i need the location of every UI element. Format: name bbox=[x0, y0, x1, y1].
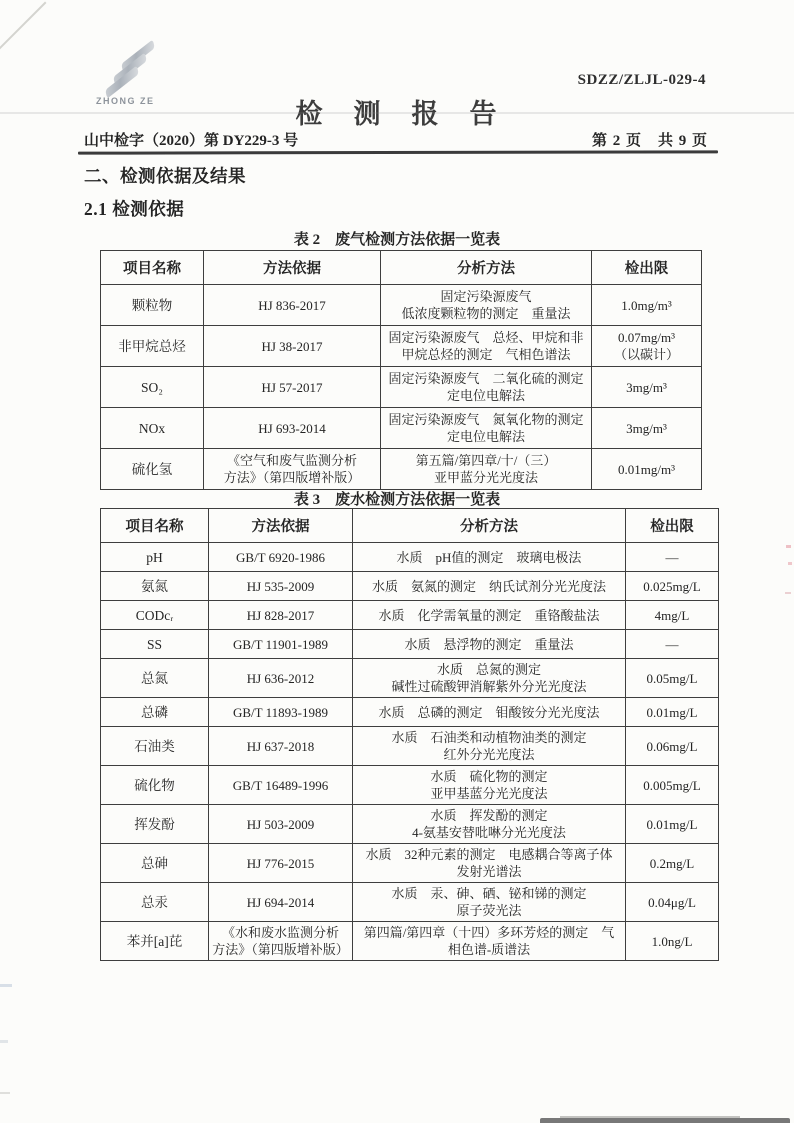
col-header-method: 方法依据 bbox=[204, 251, 381, 285]
scan-artifact-bottom bbox=[540, 1118, 790, 1123]
table-cell-analysis: 水质 氨氮的测定 纳氏试剂分光光度法 bbox=[353, 572, 626, 601]
table-cell-item: 硫化氢 bbox=[101, 449, 204, 490]
scan-artifact-edge bbox=[0, 1040, 8, 1043]
report-number: 山中检字（2020）第 DY229-3 号 bbox=[84, 129, 298, 150]
table-cell-analysis: 固定污染源废气 氮氧化物的测定 定电位电解法 bbox=[381, 408, 592, 449]
table-cell-item: 颗粒物 bbox=[101, 285, 204, 326]
table-cell-method: HJ 776-2015 bbox=[209, 844, 353, 883]
table-cell-limit: 0.01mg/L bbox=[626, 805, 719, 844]
table-cell-item: 氨氮 bbox=[101, 572, 209, 601]
table-row: 总氮HJ 636-2012水质 总氮的测定 碱性过硫酸钾消解紫外分光光度法0.0… bbox=[101, 659, 719, 698]
table-cell-item: NOx bbox=[101, 408, 204, 449]
table-row: 氨氮HJ 535-2009水质 氨氮的测定 纳氏试剂分光光度法0.025mg/L bbox=[101, 572, 719, 601]
scan-streak bbox=[0, 112, 794, 114]
table-cell-method: HJ 636-2012 bbox=[209, 659, 353, 698]
col-header-item: 项目名称 bbox=[101, 251, 204, 285]
table-cell-limit: 0.2mg/L bbox=[626, 844, 719, 883]
scan-artifact-corner bbox=[0, 2, 46, 53]
table-row: NOxHJ 693-2014固定污染源废气 氮氧化物的测定 定电位电解法3mg/… bbox=[101, 408, 702, 449]
table-cell-limit: — bbox=[626, 543, 719, 572]
page-number: 第 2 页 共 9 页 bbox=[592, 129, 708, 150]
table-row: SSGB/T 11901-1989水质 悬浮物的测定 重量法— bbox=[101, 630, 719, 659]
table-cell-limit: 1.0ng/L bbox=[626, 922, 719, 961]
table-cell-analysis: 水质 化学需氧量的测定 重铬酸盐法 bbox=[353, 601, 626, 630]
table-cell-analysis: 水质 32种元素的测定 电感耦合等离子体 发射光谱法 bbox=[353, 844, 626, 883]
document-code: SDZZ/ZLJL-029-4 bbox=[578, 72, 706, 89]
table-cell-item: 非甲烷总烃 bbox=[101, 326, 204, 367]
table-cell-limit: 0.025mg/L bbox=[626, 572, 719, 601]
col-header-method: 方法依据 bbox=[209, 509, 353, 543]
table-cell-analysis: 水质 悬浮物的测定 重量法 bbox=[353, 630, 626, 659]
table-cell-item: 总砷 bbox=[101, 844, 209, 883]
table-cell-method: HJ 503-2009 bbox=[209, 805, 353, 844]
table-row: 总汞HJ 694-2014水质 汞、砷、硒、铋和锑的测定 原子荧光法0.04μg… bbox=[101, 883, 719, 922]
table-row: 非甲烷总烃HJ 38-2017固定污染源废气 总烃、甲烷和非 甲烷总烃的测定 气… bbox=[101, 326, 702, 367]
table-cell-limit: 0.04μg/L bbox=[626, 883, 719, 922]
table-row: CODcᵣHJ 828-2017水质 化学需氧量的测定 重铬酸盐法4mg/L bbox=[101, 601, 719, 630]
table-cell-method: GB/T 11901-1989 bbox=[209, 630, 353, 659]
table-cell-analysis: 固定污染源废气 二氧化硫的测定 定电位电解法 bbox=[381, 367, 592, 408]
table-row: SO₂HJ 57-2017固定污染源废气 二氧化硫的测定 定电位电解法3mg/m… bbox=[101, 367, 702, 408]
scan-artifact-bottom bbox=[560, 1116, 740, 1118]
table-cell-limit: 3mg/m³ bbox=[592, 408, 702, 449]
table-row: 硫化物GB/T 16489-1996水质 硫化物的测定 亚甲基蓝分光光度法0.0… bbox=[101, 766, 719, 805]
table-row: 总磷GB/T 11893-1989水质 总磷的测定 钼酸铵分光光度法0.01mg… bbox=[101, 698, 719, 727]
subsection-heading: 2.1 检测依据 bbox=[84, 196, 184, 221]
table-cell-analysis: 固定污染源废气 低浓度颗粒物的测定 重量法 bbox=[381, 285, 592, 326]
table-row: 苯并[a]芘《水和废水监测分析 方法》（第四版增补版）第四篇/第四章（十四）多环… bbox=[101, 922, 719, 961]
table-cell-item: 挥发酚 bbox=[101, 805, 209, 844]
table-cell-method: GB/T 11893-1989 bbox=[209, 698, 353, 727]
col-header-item: 项目名称 bbox=[101, 509, 209, 543]
table-cell-analysis: 水质 石油类和动植物油类的测定 红外分光光度法 bbox=[353, 727, 626, 766]
table-cell-method: HJ 637-2018 bbox=[209, 727, 353, 766]
table-cell-item: CODcᵣ bbox=[101, 601, 209, 630]
waste-gas-methods-table: 项目名称 方法依据 分析方法 检出限 颗粒物HJ 836-2017固定污染源废气… bbox=[100, 250, 702, 490]
table-cell-method: HJ 836-2017 bbox=[204, 285, 381, 326]
zhongze-logo-icon bbox=[96, 44, 166, 94]
table-cell-method: 《空气和废气监测分析 方法》（第四版增补版） bbox=[204, 449, 381, 490]
table-cell-method: 《水和废水监测分析 方法》（第四版增补版） bbox=[209, 922, 353, 961]
table-cell-method: HJ 694-2014 bbox=[209, 883, 353, 922]
table2-caption: 表 2 废气检测方法依据一览表 bbox=[0, 228, 794, 249]
table-cell-limit: 1.0mg/m³ bbox=[592, 285, 702, 326]
table-row: 颗粒物HJ 836-2017固定污染源废气 低浓度颗粒物的测定 重量法1.0mg… bbox=[101, 285, 702, 326]
wastewater-methods-table: 项目名称 方法依据 分析方法 检出限 pHGB/T 6920-1986水质 pH… bbox=[100, 508, 719, 961]
table-cell-limit: 0.07mg/m³ （以碳计） bbox=[592, 326, 702, 367]
table-cell-limit: 0.005mg/L bbox=[626, 766, 719, 805]
report-meta-row: 山中检字（2020）第 DY229-3 号 第 2 页 共 9 页 bbox=[84, 129, 710, 151]
table-cell-item: pH bbox=[101, 543, 209, 572]
table-cell-analysis: 固定污染源废气 总烃、甲烷和非 甲烷总烃的测定 气相色谱法 bbox=[381, 326, 592, 367]
table-cell-item: SO₂ bbox=[101, 367, 204, 408]
scan-artifact-mark bbox=[785, 592, 791, 594]
table-cell-analysis: 水质 总磷的测定 钼酸铵分光光度法 bbox=[353, 698, 626, 727]
scan-artifact-edge bbox=[0, 1092, 10, 1094]
table-cell-item: 石油类 bbox=[101, 727, 209, 766]
table-cell-limit: 0.06mg/L bbox=[626, 727, 719, 766]
table-cell-item: 苯并[a]芘 bbox=[101, 922, 209, 961]
table-cell-analysis: 水质 硫化物的测定 亚甲基蓝分光光度法 bbox=[353, 766, 626, 805]
table-cell-item: 总磷 bbox=[101, 698, 209, 727]
scan-artifact-edge bbox=[0, 984, 12, 987]
table-cell-method: HJ 38-2017 bbox=[204, 326, 381, 367]
table-row: 挥发酚HJ 503-2009水质 挥发酚的测定 4-氨基安替吡啉分光光度法0.0… bbox=[101, 805, 719, 844]
table-row: 总砷HJ 776-2015水质 32种元素的测定 电感耦合等离子体 发射光谱法0… bbox=[101, 844, 719, 883]
table-cell-method: HJ 57-2017 bbox=[204, 367, 381, 408]
table-cell-item: 总汞 bbox=[101, 883, 209, 922]
table-cell-method: HJ 828-2017 bbox=[209, 601, 353, 630]
table-cell-analysis: 第四篇/第四章（十四）多环芳烃的测定 气 相色谱-质谱法 bbox=[353, 922, 626, 961]
scan-artifact-mark bbox=[788, 562, 792, 565]
table3-caption: 表 3 废水检测方法依据一览表 bbox=[0, 488, 794, 509]
col-header-analysis: 分析方法 bbox=[353, 509, 626, 543]
table-cell-analysis: 水质 pH值的测定 玻璃电极法 bbox=[353, 543, 626, 572]
table-row: pHGB/T 6920-1986水质 pH值的测定 玻璃电极法— bbox=[101, 543, 719, 572]
table-cell-analysis: 第五篇/第四章/十/（三） 亚甲蓝分光光度法 bbox=[381, 449, 592, 490]
table-cell-limit: 0.05mg/L bbox=[626, 659, 719, 698]
col-header-limit: 检出限 bbox=[592, 251, 702, 285]
section-heading: 二、检测依据及结果 bbox=[84, 163, 246, 188]
col-header-analysis: 分析方法 bbox=[381, 251, 592, 285]
table-cell-item: SS bbox=[101, 630, 209, 659]
table-cell-method: HJ 693-2014 bbox=[204, 408, 381, 449]
table-cell-method: GB/T 6920-1986 bbox=[209, 543, 353, 572]
table-header-row: 项目名称 方法依据 分析方法 检出限 bbox=[101, 509, 719, 543]
col-header-limit: 检出限 bbox=[626, 509, 719, 543]
table-cell-limit: 3mg/m³ bbox=[592, 367, 702, 408]
table-row: 石油类HJ 637-2018水质 石油类和动植物油类的测定 红外分光光度法0.0… bbox=[101, 727, 719, 766]
report-page: ZHONG ZE SDZZ/ZLJL-029-4 检 测 报 告 山中检字（20… bbox=[0, 0, 794, 1123]
table-header-row: 项目名称 方法依据 分析方法 检出限 bbox=[101, 251, 702, 285]
table-cell-limit: 4mg/L bbox=[626, 601, 719, 630]
header-rule bbox=[78, 150, 718, 154]
table-cell-limit: 0.01mg/L bbox=[626, 698, 719, 727]
scan-artifact-mark bbox=[786, 545, 791, 548]
table-cell-method: HJ 535-2009 bbox=[209, 572, 353, 601]
table-cell-item: 总氮 bbox=[101, 659, 209, 698]
table-cell-analysis: 水质 汞、砷、硒、铋和锑的测定 原子荧光法 bbox=[353, 883, 626, 922]
table-row: 硫化氢《空气和废气监测分析 方法》（第四版增补版）第五篇/第四章/十/（三） 亚… bbox=[101, 449, 702, 490]
table-cell-item: 硫化物 bbox=[101, 766, 209, 805]
table-cell-limit: — bbox=[626, 630, 719, 659]
table-cell-analysis: 水质 挥发酚的测定 4-氨基安替吡啉分光光度法 bbox=[353, 805, 626, 844]
table-cell-analysis: 水质 总氮的测定 碱性过硫酸钾消解紫外分光光度法 bbox=[353, 659, 626, 698]
table-cell-limit: 0.01mg/m³ bbox=[592, 449, 702, 490]
table-cell-method: GB/T 16489-1996 bbox=[209, 766, 353, 805]
